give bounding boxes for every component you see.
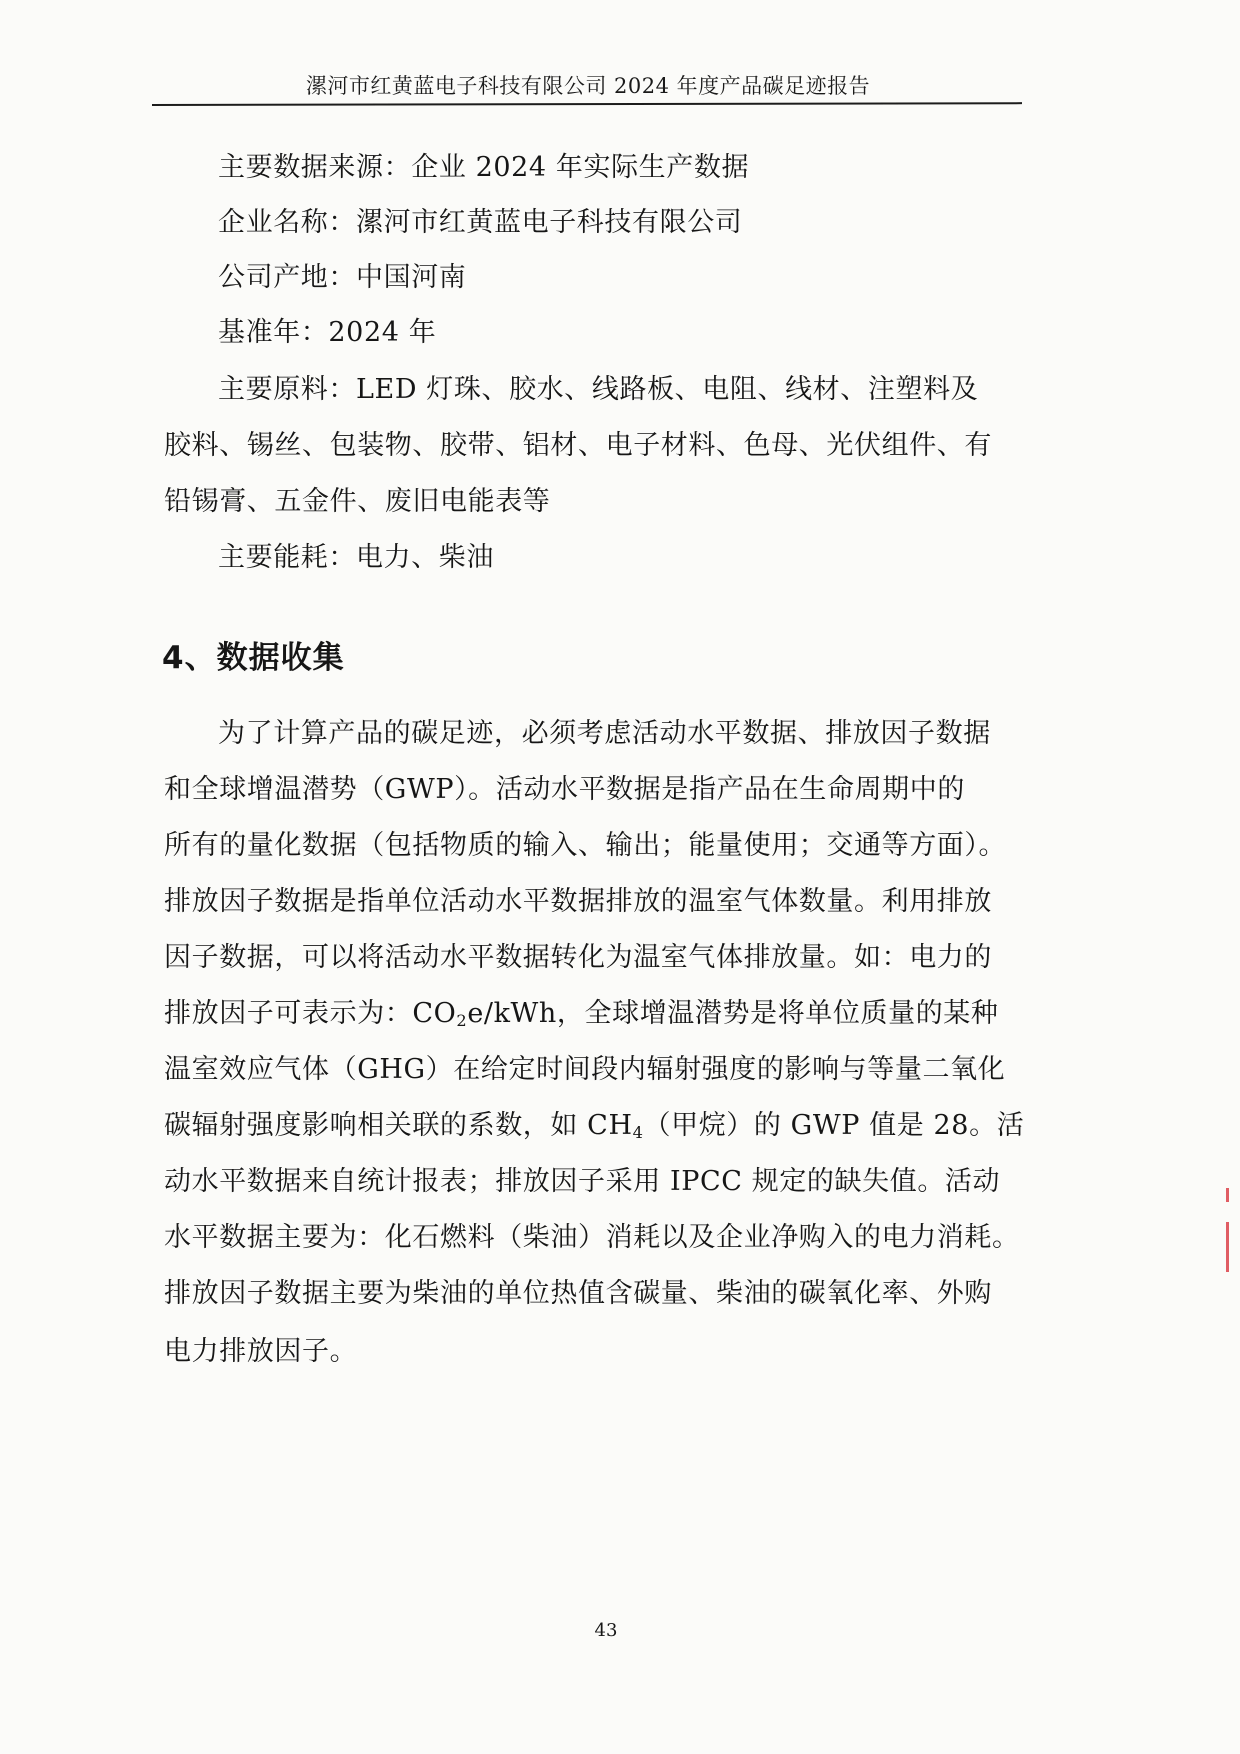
running-header: 漯河市红黄蓝电子科技有限公司 2024 年度产品碳足迹报告 [156, 70, 1020, 100]
raw-materials-line-1: 主要原料：LED 灯珠、胶水、线路板、电阻、线材、注塑料及 [218, 372, 978, 408]
paragraph-line-4: 排放因子数据是指单位活动水平数据排放的温室气体数量。利用排放 [164, 884, 992, 920]
paragraph-line-1: 为了计算产品的碳足迹，必须考虑活动水平数据、排放因子数据 [218, 716, 991, 752]
company-name-line: 企业名称：漯河市红黄蓝电子科技有限公司 [218, 205, 742, 241]
document-page: 漯河市红黄蓝电子科技有限公司 2024 年度产品碳足迹报告 主要数据来源：企业 … [0, 0, 1240, 1754]
header-rule [152, 102, 1022, 106]
paragraph-line-11: 排放因子数据主要为柴油的单位热值含碳量、柴油的碳氧化率、外购 [164, 1276, 992, 1312]
location-line: 公司产地：中国河南 [218, 260, 466, 296]
scan-artifact-mark [1226, 1188, 1229, 1202]
scan-artifact-mark [1226, 1222, 1229, 1272]
base-year-line: 基准年：2024 年 [218, 315, 436, 351]
paragraph-line-5: 因子数据，可以将活动水平数据转化为温室气体排放量。如：电力的 [164, 940, 992, 976]
subscript: 4 [633, 1123, 644, 1142]
paragraph-line-12: 电力排放因子。 [164, 1334, 357, 1370]
paragraph-line-3: 所有的量化数据（包括物质的输入、输出；能量使用；交通等方面）。 [164, 828, 1006, 864]
paragraph-line-7: 温室效应气体（GHG）在给定时间段内辐射强度的影响与等量二氧化 [164, 1052, 1005, 1088]
text-segment: e/kWh，全球增温潜势是将单位质量的某种 [467, 998, 998, 1029]
section-heading: 4、数据收集 [162, 632, 345, 677]
text-segment: 碳辐射强度影响相关联的系数，如 CH [164, 1110, 633, 1141]
data-source-line: 主要数据来源：企业 2024 年实际生产数据 [218, 150, 749, 186]
paragraph-line-9: 动水平数据来自统计报表；排放因子采用 IPCC 规定的缺失值。活动 [164, 1164, 1000, 1200]
subscript: 2 [456, 1011, 467, 1030]
paragraph-line-8: 碳辐射强度影响相关联的系数，如 CH4（甲烷）的 GWP 值是 28。活 [164, 1108, 1024, 1144]
page-number: 43 [0, 1620, 1212, 1641]
text-segment: 排放因子可表示为：CO [164, 998, 456, 1029]
energy-line: 主要能耗：电力、柴油 [218, 540, 494, 576]
raw-materials-line-2: 胶料、锡丝、包装物、胶带、铝材、电子材料、色母、光伏组件、有 [164, 428, 992, 464]
text-segment: （甲烷）的 GWP 值是 28。活 [644, 1110, 1025, 1141]
paragraph-line-6: 排放因子可表示为：CO2e/kWh，全球增温潜势是将单位质量的某种 [164, 996, 999, 1032]
paragraph-line-10: 水平数据主要为：化石燃料（柴油）消耗以及企业净购入的电力消耗。 [164, 1220, 1020, 1256]
raw-materials-line-3: 铅锡膏、五金件、废旧电能表等 [164, 484, 550, 520]
paragraph-line-2: 和全球增温潜势（GWP）。活动水平数据是指产品在生命周期中的 [164, 772, 965, 808]
